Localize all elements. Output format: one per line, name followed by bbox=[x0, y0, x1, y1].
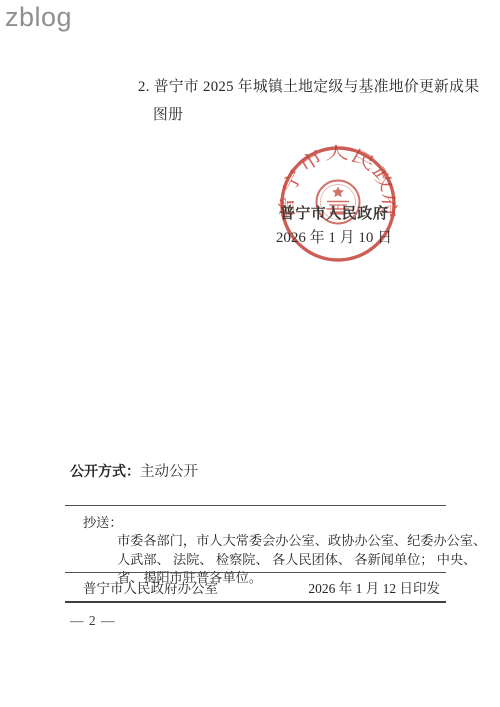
seal-authority-text: 普宁市人民政府 bbox=[272, 202, 396, 223]
attachment-number: 2. bbox=[138, 79, 150, 95]
attachment-title-line2: 图册 bbox=[153, 107, 183, 123]
copy-to-section: 抄送：市委各部门，市人大常委会办公室、政协办公室、纪委办公室、 人武部、 法院、… bbox=[65, 505, 446, 572]
issuing-office: 普宁市人民政府办公室 bbox=[83, 577, 218, 597]
publicity-value: 主动公开 bbox=[140, 464, 198, 480]
attachment-title-line1: 普宁市 2025 年城镇土地定级与基准地价更新成果 bbox=[154, 79, 480, 95]
issuance-footer: 普宁市人民政府办公室 2026 年 1 月 12 日印发 bbox=[65, 572, 446, 603]
attachment-item: 2. 普宁市 2025 年城镇土地定级与基准地价更新成果 图册 bbox=[138, 74, 493, 129]
copy-to-label: 抄送： bbox=[83, 515, 123, 530]
watermark-logo: zblog bbox=[5, 2, 72, 33]
copy-to-line1: 市委各部门，市人大常委会办公室、政协办公室、纪委办公室、 bbox=[117, 533, 486, 548]
print-date: 2026 年 1 月 12 日印发 bbox=[308, 577, 440, 597]
seal-date-text: 2026 年 1 月 10 日 bbox=[266, 226, 402, 247]
publicity-line: 公开方式：主动公开 bbox=[70, 460, 198, 481]
copy-to-line2: 人武部、 法院、 检察院、 各人民团体、 各新闻单位； 中央、 bbox=[117, 552, 476, 567]
document-page: zblog 2. 普宁市 2025 年城镇土地定级与基准地价更新成果 图册 普宁… bbox=[0, 0, 500, 707]
publicity-label: 公开方式： bbox=[70, 463, 140, 479]
page-number: — 2 — bbox=[70, 613, 116, 629]
